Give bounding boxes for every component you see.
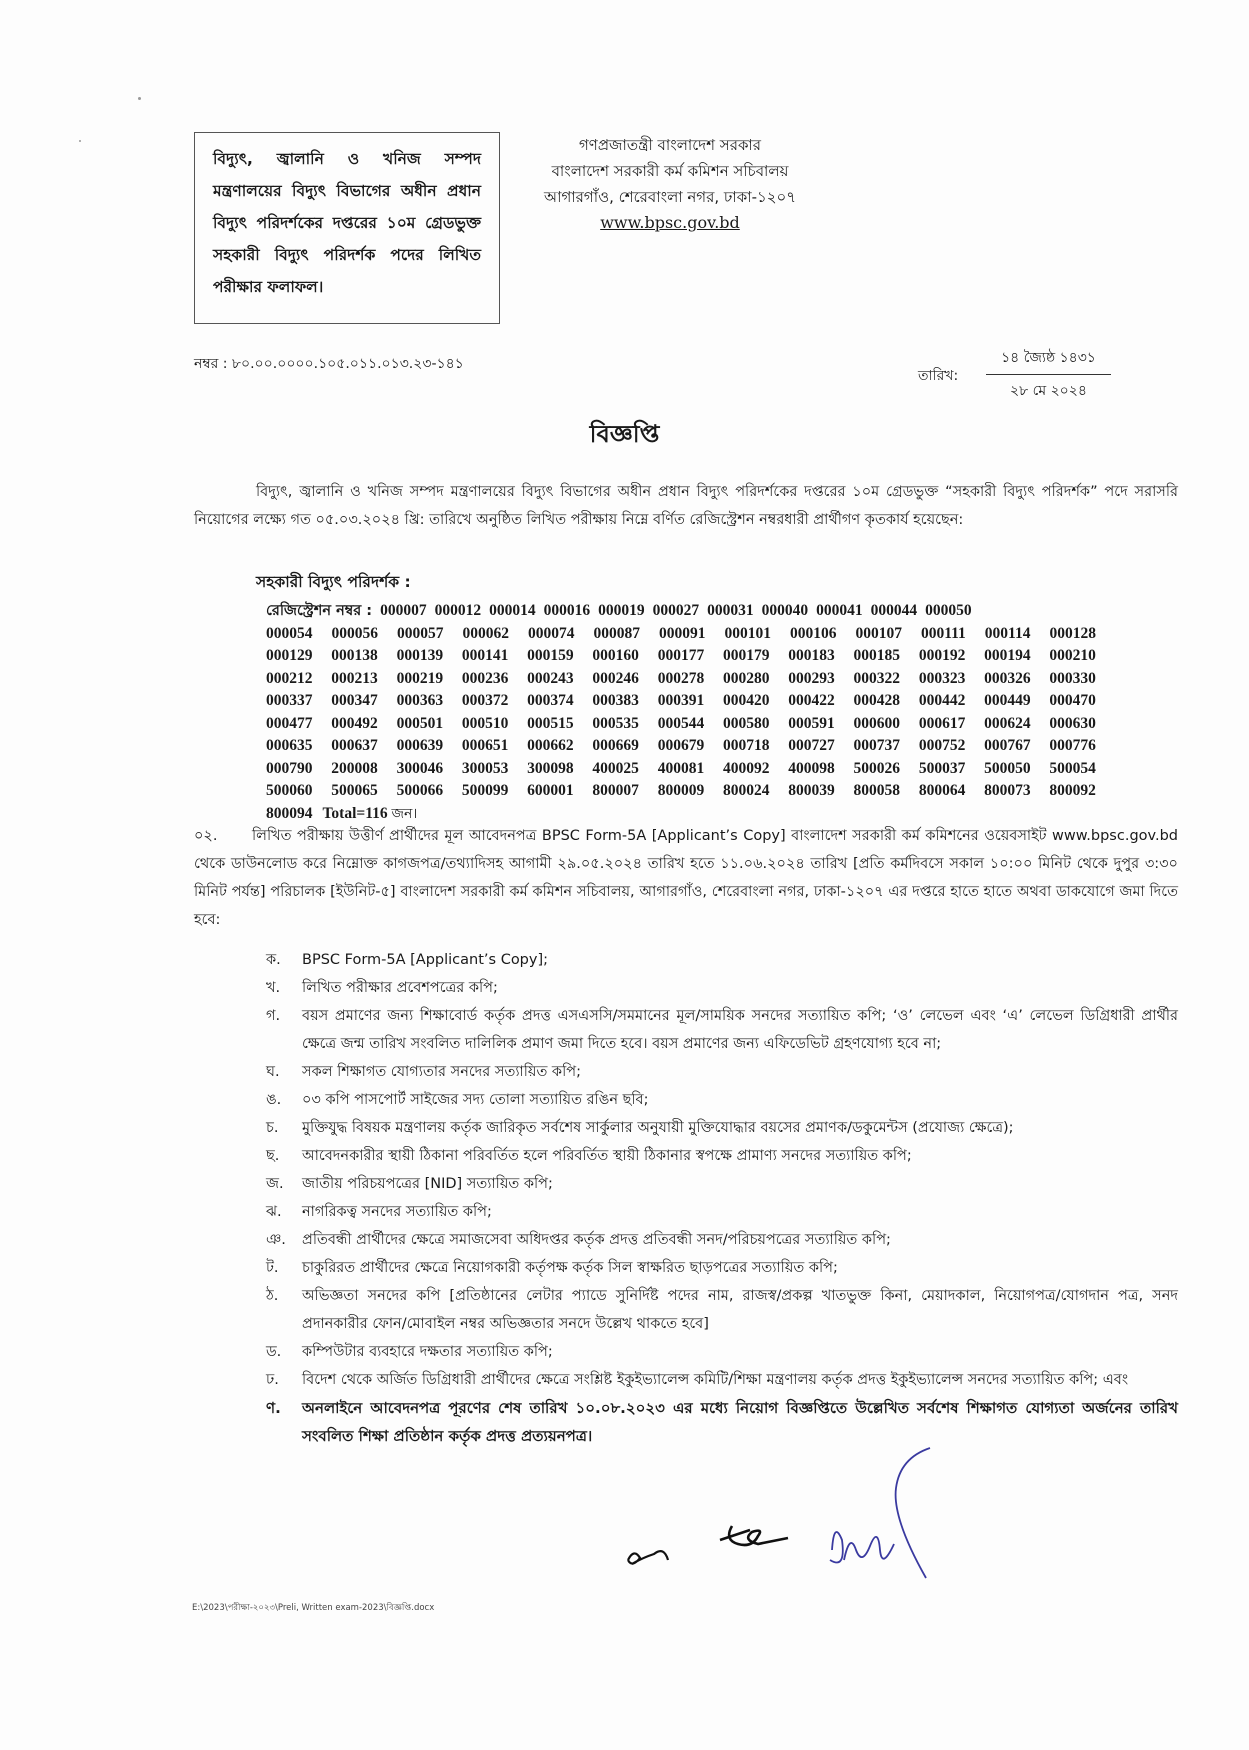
requirement-item: ণ.অনলাইনে আবেদনপত্র পূরণের শেষ তারিখ ১০.… — [266, 1394, 1178, 1450]
requirement-text: নাগরিকত্ব সনদের সত্যায়িত কপি; — [302, 1198, 1178, 1226]
requirement-item: জ.জাতীয় পরিচয়পত্রের [NID] সত্যায়িত কপ… — [266, 1170, 1178, 1198]
registration-number: 000139 — [397, 645, 444, 668]
requirement-item: ঘ.সকল শিক্ষাগত যোগ্যতার সনদের সত্যায়িত … — [266, 1058, 1178, 1086]
requirement-text: আবেদনকারীর স্থায়ী ঠিকানা পরিবর্তিত হলে … — [302, 1142, 1178, 1170]
registration-number: 000044 — [871, 600, 918, 623]
requirement-marker: ছ. — [266, 1142, 302, 1170]
registration-number: 000219 — [397, 668, 444, 691]
registration-row: 5000605000655000665000996000018000078000… — [266, 780, 1096, 803]
registration-number: 000007 — [380, 600, 427, 623]
registration-number: 000790 — [266, 758, 313, 781]
date-values: ১৪ জ্যৈষ্ঠ ১৪৩১ ২৮ মে ২০২৪ — [986, 346, 1111, 403]
date-bangla: ১৪ জ্যৈষ্ঠ ১৪৩১ — [986, 346, 1111, 375]
registration-number: 400098 — [788, 758, 835, 781]
requirement-marker: ঢ. — [266, 1366, 302, 1394]
requirement-marker: ঝ. — [266, 1198, 302, 1226]
registration-number: 000591 — [788, 713, 835, 736]
registration-number: 000027 — [653, 600, 700, 623]
registration-number: 000111 — [921, 623, 966, 646]
requirement-text: জাতীয় পরিচয়পত্রের [NID] সত্যায়িত কপি; — [302, 1170, 1178, 1198]
requirement-marker: গ. — [266, 1002, 302, 1058]
registration-number: 000062 — [463, 623, 510, 646]
registration-number: 000210 — [1049, 645, 1096, 668]
registration-number: 200008 — [331, 758, 378, 781]
registration-number: 000544 — [658, 713, 705, 736]
registration-number: 000383 — [592, 690, 639, 713]
registration-number: 000243 — [527, 668, 574, 691]
date-gregorian: ২৮ মে ২০২৪ — [986, 375, 1111, 403]
required-documents-list: ক.BPSC Form-5A [Applicant’s Copy];খ.লিখি… — [266, 946, 1178, 1450]
registration-number: 000374 — [527, 690, 574, 713]
registration-number: 800058 — [854, 780, 901, 803]
registration-number: 000016 — [544, 600, 591, 623]
registration-number: 300046 — [397, 758, 444, 781]
registration-number: 000185 — [854, 645, 901, 668]
requirement-text: চাকুরিরত প্রার্থীদের ক্ষেত্রে নিয়োগকারী… — [302, 1254, 1178, 1282]
registration-number: 000492 — [331, 713, 378, 736]
registration-number: 000141 — [462, 645, 509, 668]
registration-number: 500037 — [919, 758, 966, 781]
registration-number: 500026 — [854, 758, 901, 781]
requirement-item: ট.চাকুরিরত প্রার্থীদের ক্ষেত্রে নিয়োগকা… — [266, 1254, 1178, 1282]
requirement-item: ঙ.০৩ কপি পাসপোর্ট সাইজের সদ্য তোলা সত্যা… — [266, 1086, 1178, 1114]
org-line-address: আগারগাঁও, শেরেবাংলা নগর, ঢাকা-১২০৭ — [500, 184, 840, 210]
requirement-text: বয়স প্রমাণের জন্য শিক্ষাবোর্ড কর্তৃক প্… — [302, 1002, 1178, 1058]
requirement-item: ড.কম্পিউটার ব্যবহারে দক্ষতার সত্যায়িত ক… — [266, 1338, 1178, 1366]
requirement-text: অনলাইনে আবেদনপত্র পূরণের শেষ তারিখ ১০.০৮… — [302, 1394, 1178, 1450]
registration-number: 000420 — [723, 690, 770, 713]
registration-number: 500050 — [984, 758, 1031, 781]
requirement-item: ঞ.প্রতিবন্ধী প্রার্থীদের ক্ষেত্রে সমাজসে… — [266, 1226, 1178, 1254]
registration-number: 000212 — [266, 668, 313, 691]
registration-number: 000278 — [658, 668, 705, 691]
signature-2 — [710, 1520, 800, 1570]
registration-number: 000752 — [919, 735, 966, 758]
registration-number: 000737 — [854, 735, 901, 758]
org-line-commission: বাংলাদেশ সরকারী কর্ম কমিশন সচিবালয় — [500, 158, 840, 184]
registration-number: 000776 — [1049, 735, 1096, 758]
registration-number: 000372 — [462, 690, 509, 713]
registration-number: 600001 — [527, 780, 574, 803]
registration-number: 000192 — [919, 645, 966, 668]
registration-number: 000662 — [527, 735, 574, 758]
registration-number: 000422 — [788, 690, 835, 713]
registration-number: 000177 — [658, 645, 705, 668]
registration-number: 000535 — [592, 713, 639, 736]
signature-3 — [820, 1440, 960, 1590]
post-title: সহকারী বিদ্যুৎ পরিদর্শক : — [256, 570, 411, 596]
date-label: তারিখ: — [918, 364, 958, 388]
signature-1 — [620, 1530, 690, 1575]
requirement-marker: ট. — [266, 1254, 302, 1282]
registration-number: 800039 — [788, 780, 835, 803]
requirement-marker: জ. — [266, 1170, 302, 1198]
registration-number-list: রেজিস্ট্রেশন নম্বর :00000700001200001400… — [266, 600, 1096, 825]
registration-number: 000326 — [984, 668, 1031, 691]
registration-number: 500099 — [462, 780, 509, 803]
registration-number: 000470 — [1049, 690, 1096, 713]
registration-number: 400081 — [658, 758, 705, 781]
scan-speck — [79, 140, 81, 142]
registration-number: 000330 — [1049, 668, 1096, 691]
registration-number: 000501 — [397, 713, 444, 736]
registration-number: 000087 — [594, 623, 641, 646]
registration-number: 800092 — [1049, 780, 1096, 803]
registration-number: 000449 — [984, 690, 1031, 713]
registration-number: 000718 — [723, 735, 770, 758]
registration-number: 000138 — [331, 645, 378, 668]
registration-number: 500054 — [1049, 758, 1096, 781]
requirement-marker: ঠ. — [266, 1282, 302, 1338]
requirement-item: ক.BPSC Form-5A [Applicant’s Copy]; — [266, 946, 1178, 974]
registration-number: 000477 — [266, 713, 313, 736]
signatures — [620, 1500, 1000, 1590]
registration-number: 000600 — [854, 713, 901, 736]
registration-number: 000442 — [919, 690, 966, 713]
registration-number: 000630 — [1049, 713, 1096, 736]
requirement-marker: ঙ. — [266, 1086, 302, 1114]
registration-number: 000107 — [856, 623, 903, 646]
registration-number: 000057 — [397, 623, 444, 646]
registration-number: 000337 — [266, 690, 313, 713]
requirement-text: অভিজ্ঞতা সনদের কপি [প্রতিষ্ঠানের লেটার প… — [302, 1282, 1178, 1338]
registration-number: 000651 — [462, 735, 509, 758]
registration-number: 000050 — [925, 600, 972, 623]
registration-number: 000635 — [266, 735, 313, 758]
registration-number: 000101 — [725, 623, 772, 646]
registration-number: 000727 — [788, 735, 835, 758]
registration-number: 400025 — [592, 758, 639, 781]
registration-number: 000160 — [592, 645, 639, 668]
registration-row: রেজিস্ট্রেশন নম্বর :00000700001200001400… — [266, 600, 1096, 623]
requirement-text: সকল শিক্ষাগত যোগ্যতার সনদের সত্যায়িত কপ… — [302, 1058, 1178, 1086]
memo-number: নম্বর : ৮০.০০.০০০০.১০৫.০১১.০১৩.২৩-১৪১ — [194, 352, 464, 376]
requirement-text: মুক্তিযুদ্ধ বিষয়ক মন্ত্রণালয় কর্তৃক জা… — [302, 1114, 1178, 1142]
registration-number: 000624 — [984, 713, 1031, 736]
subject-box: বিদ্যুৎ, জ্বালানি ও খনিজ সম্পদ মন্ত্রণাল… — [194, 132, 500, 324]
paragraph-submission-text: লিখিত পরীক্ষায় উত্তীর্ণ প্রার্থীদের মূল… — [194, 828, 1178, 928]
registration-number: 000246 — [592, 668, 639, 691]
registration-number: 800009 — [658, 780, 705, 803]
requirement-item: ছ.আবেদনকারীর স্থায়ী ঠিকানা পরিবর্তিত হল… — [266, 1142, 1178, 1170]
registration-number: 000510 — [462, 713, 509, 736]
registration-number: 000183 — [788, 645, 835, 668]
paragraph-submission: ০২.লিখিত পরীক্ষায় উত্তীর্ণ প্রার্থীদের … — [194, 822, 1178, 934]
requirement-marker: ক. — [266, 946, 302, 974]
scan-speck — [138, 97, 141, 100]
requirement-marker: ঞ. — [266, 1226, 302, 1254]
requirement-text: প্রতিবন্ধী প্রার্থীদের ক্ষেত্রে সমাজসেবা… — [302, 1226, 1178, 1254]
registration-number: 000179 — [723, 645, 770, 668]
registration-number: 000054 — [266, 623, 313, 646]
requirement-marker: ণ. — [266, 1394, 302, 1450]
requirement-text: BPSC Form-5A [Applicant’s Copy]; — [302, 946, 1178, 974]
registration-number: 000679 — [658, 735, 705, 758]
subject-text: বিদ্যুৎ, জ্বালানি ও খনিজ সম্পদ মন্ত্রণাল… — [213, 150, 481, 296]
registration-number: 000767 — [984, 735, 1031, 758]
registration-number: 400092 — [723, 758, 770, 781]
registration-number: 000041 — [816, 600, 863, 623]
registration-row: 0007902000083000463000533000984000254000… — [266, 758, 1096, 781]
requirement-item: ঝ.নাগরিকত্ব সনদের সত্যায়িত কপি; — [266, 1198, 1178, 1226]
registration-number: 000347 — [331, 690, 378, 713]
registration-number: 000074 — [528, 623, 575, 646]
registration-number: 000128 — [1049, 623, 1096, 646]
org-header: গণপ্রজাতন্ত্রী বাংলাদেশ সরকার বাংলাদেশ স… — [500, 132, 840, 236]
notice-title: বিজ্ঞপ্তি — [0, 416, 1249, 456]
registration-number: 000114 — [985, 623, 1031, 646]
registration-number: 000669 — [592, 735, 639, 758]
org-line-government: গণপ্রজাতন্ত্রী বাংলাদেশ সরকার — [500, 132, 840, 158]
registration-row: 0006350006370006390006510006620006690006… — [266, 735, 1096, 758]
registration-number: 000236 — [462, 668, 509, 691]
registration-number: 000637 — [331, 735, 378, 758]
registration-number: 800064 — [919, 780, 966, 803]
requirement-text: কম্পিউটার ব্যবহারে দক্ষতার সত্যায়িত কপি… — [302, 1338, 1178, 1366]
registration-row: 0003370003470003630003720003740003830003… — [266, 690, 1096, 713]
registration-number: 000014 — [489, 600, 536, 623]
registration-number: 000515 — [527, 713, 574, 736]
registration-number: 000031 — [707, 600, 754, 623]
registration-number: 000428 — [854, 690, 901, 713]
requirement-text: বিদেশ থেকে অর্জিত ডিগ্রিধারী প্রার্থীদের… — [302, 1366, 1178, 1394]
document-page: বিদ্যুৎ, জ্বালানি ও খনিজ সম্পদ মন্ত্রণাল… — [0, 0, 1249, 1750]
file-path-footer: E:\2023\পরীক্ষা-২০২৩\Preli, Written exam… — [192, 1601, 434, 1615]
registration-number: 000091 — [659, 623, 706, 646]
registration-number: 000391 — [658, 690, 705, 713]
requirement-item: খ.লিখিত পরীক্ষার প্রবেশপত্রের কপি; — [266, 974, 1178, 1002]
requirement-item: চ.মুক্তিযুদ্ধ বিষয়ক মন্ত্রণালয় কর্তৃক … — [266, 1114, 1178, 1142]
registration-row: 0004770004920005010005100005150005350005… — [266, 713, 1096, 736]
registration-row: 0002120002130002190002360002430002460002… — [266, 668, 1096, 691]
registration-number: 000580 — [723, 713, 770, 736]
registration-number: 800073 — [984, 780, 1031, 803]
registration-number: 500066 — [397, 780, 444, 803]
requirement-marker: খ. — [266, 974, 302, 1002]
requirement-item: ঠ.অভিজ্ঞতা সনদের কপি [প্রতিষ্ঠানের লেটার… — [266, 1282, 1178, 1338]
registration-number: 000159 — [527, 645, 574, 668]
registration-number: 000129 — [266, 645, 313, 668]
registration-number: 000040 — [762, 600, 809, 623]
registration-number: 500065 — [331, 780, 378, 803]
requirement-marker: ড. — [266, 1338, 302, 1366]
registration-row: 0001290001380001390001410001590001600001… — [266, 645, 1096, 668]
requirement-text: ০৩ কপি পাসপোর্ট সাইজের সদ্য তোলা সত্যায়… — [302, 1086, 1178, 1114]
registration-number: 800024 — [723, 780, 770, 803]
registration-number: 000012 — [435, 600, 482, 623]
registration-number: 000106 — [790, 623, 837, 646]
requirement-marker: চ. — [266, 1114, 302, 1142]
registration-total-unit: জন। — [392, 806, 418, 822]
requirement-text: লিখিত পরীক্ষার প্রবেশপত্রের কপি; — [302, 974, 1178, 1002]
registration-number: 000639 — [397, 735, 444, 758]
requirement-item: ঢ.বিদেশ থেকে অর্জিত ডিগ্রিধারী প্রার্থীদ… — [266, 1366, 1178, 1394]
registration-number: 000056 — [332, 623, 379, 646]
registration-number: 300053 — [462, 758, 509, 781]
org-website-link[interactable]: www.bpsc.gov.bd — [500, 210, 840, 236]
paragraph-intro: বিদ্যুৎ, জ্বালানি ও খনিজ সম্পদ মন্ত্রণাল… — [194, 478, 1178, 534]
registration-number: 000293 — [788, 668, 835, 691]
registration-number: 000019 — [598, 600, 645, 623]
paragraph-number: ০২. — [194, 822, 252, 850]
registration-number: 000213 — [331, 668, 378, 691]
registration-number: 300098 — [527, 758, 574, 781]
registration-number: 000363 — [397, 690, 444, 713]
requirement-item: গ.বয়স প্রমাণের জন্য শিক্ষাবোর্ড কর্তৃক … — [266, 1002, 1178, 1058]
registration-number: 500060 — [266, 780, 313, 803]
registration-number: 000280 — [723, 668, 770, 691]
registration-row: 0000540000560000570000620000740000870000… — [266, 623, 1096, 646]
registration-number: 000322 — [854, 668, 901, 691]
registration-number: 800007 — [592, 780, 639, 803]
registration-number: 000617 — [919, 713, 966, 736]
registration-label: রেজিস্ট্রেশন নম্বর : — [266, 600, 372, 623]
requirement-marker: ঘ. — [266, 1058, 302, 1086]
registration-number: 000323 — [919, 668, 966, 691]
registration-number: 000194 — [984, 645, 1031, 668]
